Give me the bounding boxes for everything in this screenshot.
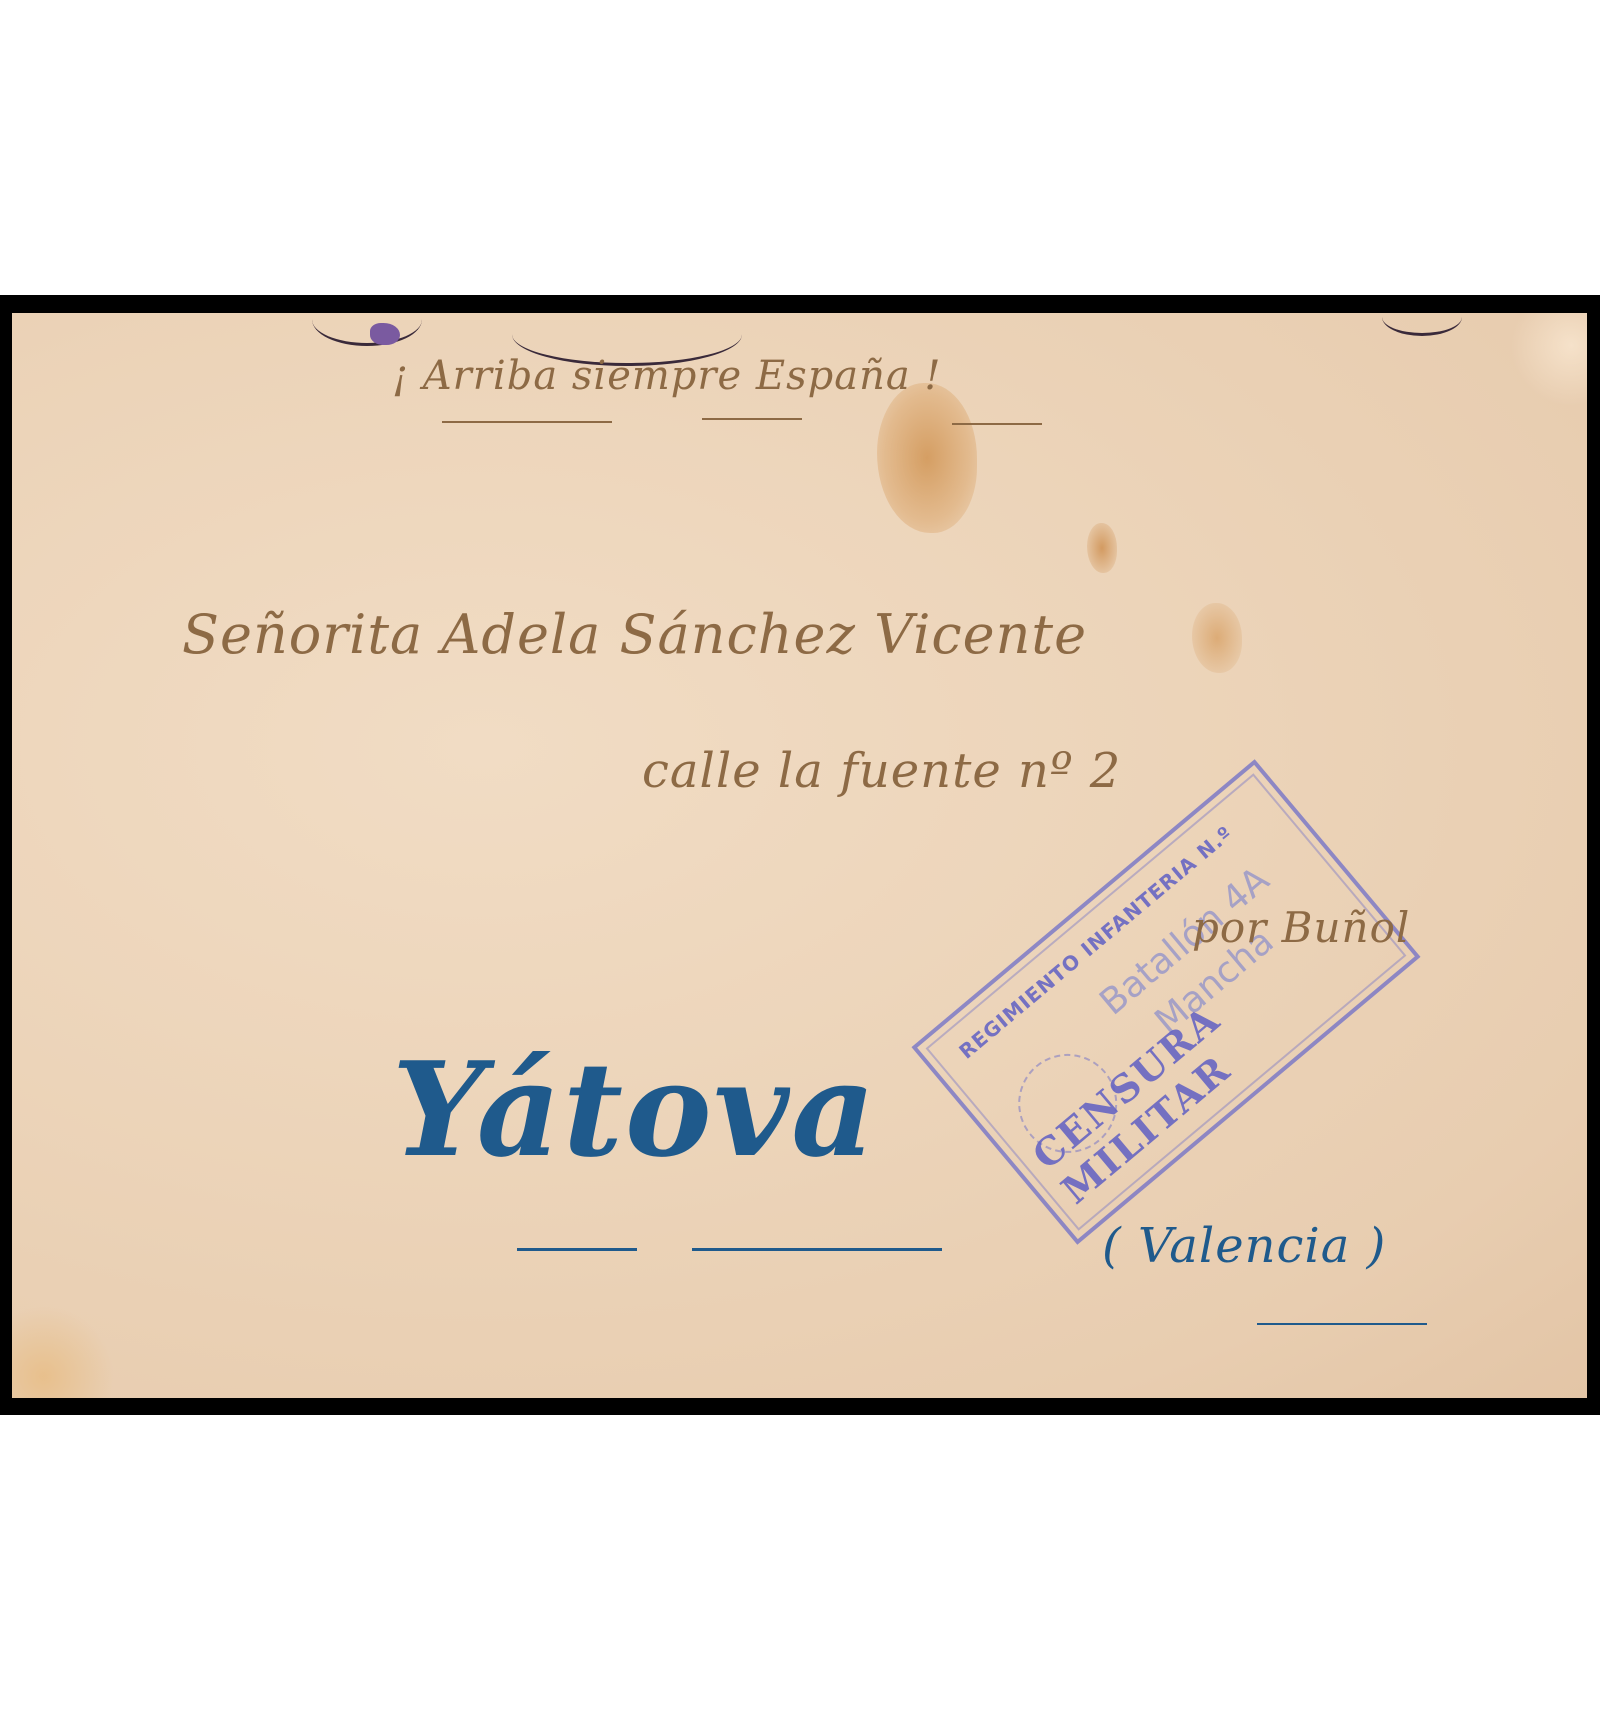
slogan-underline <box>442 421 612 423</box>
recipient-province: ( Valencia ) <box>1102 1218 1386 1274</box>
purple-ink-spot <box>370 323 400 345</box>
water-stain <box>877 383 977 533</box>
slogan-underline <box>702 418 802 420</box>
envelope: ¡ Arriba siempre España ! REGIMIENTO INF… <box>12 313 1587 1398</box>
water-stain <box>1087 523 1117 573</box>
town-underline <box>692 1248 942 1251</box>
town-underline <box>517 1248 637 1251</box>
province-underline <box>1257 1323 1427 1325</box>
slogan-underline <box>952 423 1042 425</box>
torn-flap-edge <box>312 313 422 346</box>
recipient-via: por Buñol <box>1192 903 1410 952</box>
slogan-text: ¡ Arriba siempre España ! <box>392 353 942 399</box>
recipient-name: Señorita Adela Sánchez Vicente <box>182 603 1087 666</box>
torn-flap-edge <box>1382 313 1462 336</box>
recipient-town: Yátova <box>392 1033 877 1186</box>
water-stain <box>1192 603 1242 673</box>
military-censorship-stamp: REGIMIENTO INFANTERIA N.º Batallón 4A Ma… <box>911 759 1420 1245</box>
recipient-street: calle la fuente nº 2 <box>642 743 1121 799</box>
